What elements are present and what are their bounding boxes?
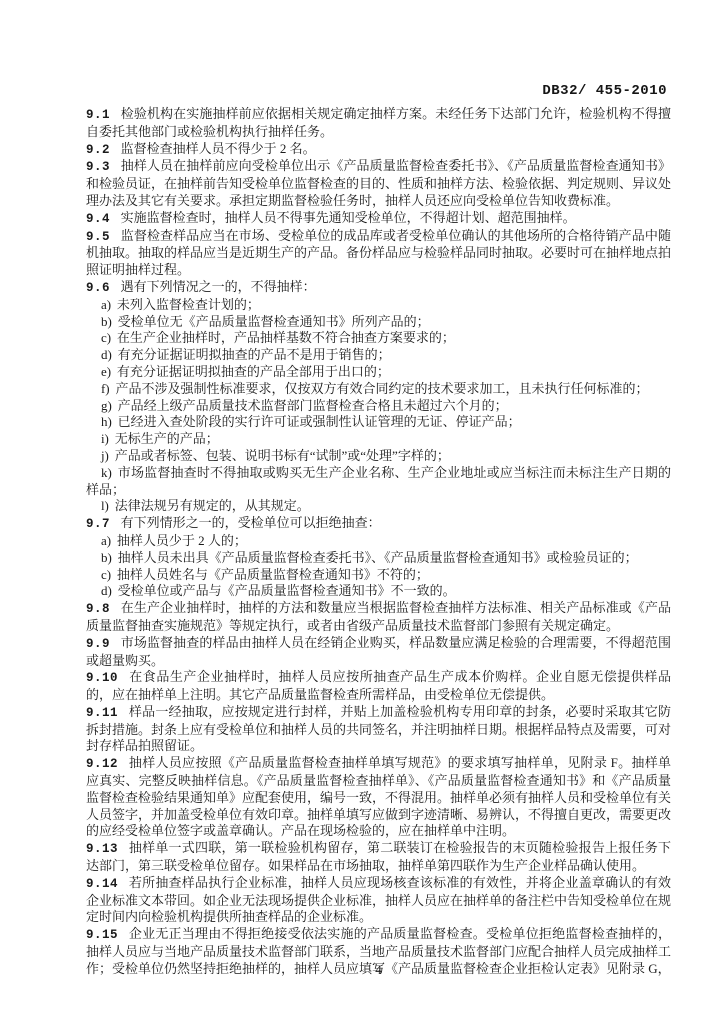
document-page: DB32/ 455-2010 9.1检验机构在实施抽样前应依据相关规定确定抽样方… [0,0,724,1024]
list-item: d)有充分证据证明拟抽查的产品不是用于销售的； [86,347,671,364]
clause-number: 9.9 [86,637,110,651]
list-item: a)未列入监督检查计划的； [86,297,671,314]
document-header: DB32/ 455-2010 [86,83,667,99]
list-item: e)有充分证据证明拟抽查的产品全部用于出口的； [86,364,671,381]
item-marker: c) [101,330,111,345]
item-marker: j) [101,448,109,463]
clause-text: 监督检查样品应当在市场、受检单位的成品库或者受检单位确认的其他场所的合格待销产品… [86,228,671,278]
clause-number: 9.6 [86,281,110,295]
item-marker: b) [101,314,112,329]
clause-text: 在生产企业抽样时，抽样的方法和数量应当根据监督检查抽样方法标准、相关产品标准或《… [86,600,671,633]
clause-number: 9.11 [86,706,118,720]
item-text: 无标生产的产品； [115,431,219,446]
item-marker: l) [101,498,109,513]
item-text: 未列入监督检查计划的； [117,297,260,312]
item-text: 法律法规另有规定的，从其规定。 [115,498,310,513]
page-footer: 4 [86,962,671,978]
clause-number: 9.10 [86,671,118,685]
clause-paragraph: 9.14若所抽查样品执行企业标准，抽样人员应现场核查该标准的有效性，并将企业盖章… [86,875,671,926]
clause-number: 9.4 [86,212,110,226]
item-text: 产品不涉及强制性标准要求，仅按双方有效合同约定的技术要求加工，且未执行任何标准的… [115,381,648,396]
item-text: 有充分证据证明拟抽查的产品全部用于出口的； [117,364,390,379]
clause-paragraph: 9.5监督检查样品应当在市场、受检单位的成品库或者受检单位确认的其他场所的合格待… [86,228,671,279]
item-text: 抽样人员未出具《产品质量监督检查委托书》、《产品质量监督检查通知书》或检验员证的… [118,550,638,565]
clause-paragraph: 9.8在生产企业抽样时，抽样的方法和数量应当根据监督检查抽样方法标准、相关产品标… [86,600,671,635]
item-marker: k) [101,465,112,480]
clause-number: 9.1 [86,108,110,122]
clause-number: 9.14 [86,877,118,891]
clause-text: 有下列情形之一的，受检单位可以拒绝抽查： [121,515,381,530]
item-text: 在生产企业抽样时，产品抽样基数不符合抽查方案要求的； [117,330,455,345]
item-text: 抽样人员姓名与《产品质量监督检查通知书》不符的； [117,567,429,582]
item-marker: d) [101,583,112,598]
clause-text: 检验机构在实施抽样前应依据相关规定确定抽样方案。未经任务下达部门允许，检验机构不… [86,106,671,139]
clause-number: 9.15 [86,928,118,942]
item-marker: h) [101,414,112,429]
list-item: f)产品不涉及强制性标准要求，仅按双方有效合同约定的技术要求加工，且未执行任何标… [86,381,671,398]
clause-text: 若所抽查样品执行企业标准，抽样人员应现场核查该标准的有效性，并将企业盖章确认的有… [86,875,671,925]
clause-paragraph: 9.1检验机构在实施抽样前应依据相关规定确定抽样方案。未经任务下达部门允许，检验… [86,106,671,141]
clause-text: 在食品生产企业抽样时，抽样人员应按所抽查产品生产成本价购样。企业自愿无偿提供样品… [86,669,671,702]
document-body: 9.1检验机构在实施抽样前应依据相关规定确定抽样方案。未经任务下达部门允许，检验… [86,106,671,978]
doc-number: DB32/ 455-2010 [542,83,667,99]
item-marker: f) [101,381,110,396]
item-text: 已经进入查处阶段的实行许可证或强制性认证管理的无证、停证产品； [118,414,521,429]
list-item: b)抽样人员未出具《产品质量监督检查委托书》、《产品质量监督检查通知书》或检验员… [86,550,671,567]
clause-text: 抽样单一式四联，第一联检验机构留存，第二联装订在检验报告的末页随检验报告上报任务… [86,840,671,873]
item-marker: i) [101,431,109,446]
list-item: g)产品经上级产品质量技术监督部门监督检查合格且未超过六个月的； [86,398,671,415]
clause-paragraph: 9.9市场监督抽查的样品由抽样人员在经销企业购买，样品数量应满足检验的合理需要，… [86,635,671,670]
list-item: c)抽样人员姓名与《产品质量监督检查通知书》不符的； [86,567,671,584]
item-marker: e) [101,364,111,379]
item-marker: a) [101,533,111,548]
clause-text: 监督检查抽样人员不得少于 2 名。 [121,141,316,156]
item-marker: a) [101,297,111,312]
list-item: l)法律法规另有规定的，从其规定。 [86,498,671,515]
clause-number: 9.2 [86,143,110,157]
item-text: 市场监督抽查时不得抽取或购买无生产企业名称、生产企业地址或应当标注而未标注生产日… [86,465,671,497]
clause-text: 市场监督抽查的样品由抽样人员在经销企业购买，样品数量应满足检验的合理需要，不得超… [86,635,671,668]
item-marker: b) [101,550,112,565]
clause-text: 遇有下列情况之一的，不得抽样： [121,279,316,294]
clause-paragraph: 9.7有下列情形之一的，受检单位可以拒绝抽查： [86,515,671,533]
list-item: a)抽样人员少于 2 人的； [86,533,671,550]
clause-number: 9.5 [86,230,110,244]
clause-number: 9.8 [86,602,110,616]
clause-paragraph: 9.2监督检查抽样人员不得少于 2 名。 [86,141,671,159]
clause-paragraph: 9.11样品一经抽取，应按规定进行封样，并贴上加盖检验机构专用印章的封条，必要时… [86,704,671,755]
clause-paragraph: 9.3抽样人员在抽样前应向受检单位出示《产品质量监督检查委托书》、《产品质量监督… [86,158,671,209]
item-text: 有充分证据证明拟抽查的产品不是用于销售的； [118,347,391,362]
item-marker: g) [101,398,112,413]
item-text: 受检单位或产品与《产品质量监督检查通知书》不一致的。 [118,583,456,598]
clause-paragraph: 9.6遇有下列情况之一的，不得抽样： [86,279,671,297]
item-text: 产品经上级产品质量技术监督部门监督检查合格且未超过六个月的； [118,398,508,413]
list-item: k)市场监督抽查时不得抽取或购买无生产企业名称、生产企业地址或应当标注而未标注生… [86,465,671,499]
item-text: 受检单位无《产品质量监督检查通知书》所列产品的； [118,314,430,329]
item-text: 抽样人员少于 2 人的； [117,533,247,548]
clause-paragraph: 9.10在食品生产企业抽样时，抽样人员应按所抽查产品生产成本价购样。企业自愿无偿… [86,669,671,704]
list-item: j)产品或者标签、包装、说明书标有“试制”或“处理”字样的； [86,448,671,465]
clause-paragraph: 9.4实施监督检查时，抽样人员不得事先通知受检单位，不得超计划、超范围抽样。 [86,210,671,228]
list-item: h)已经进入查处阶段的实行许可证或强制性认证管理的无证、停证产品； [86,414,671,431]
clause-number: 9.12 [86,757,118,771]
item-text: 产品或者标签、包装、说明书标有“试制”或“处理”字样的； [115,448,450,463]
clause-number: 9.7 [86,517,110,531]
list-item: d)受检单位或产品与《产品质量监督检查通知书》不一致的。 [86,583,671,600]
list-item: c)在生产企业抽样时，产品抽样基数不符合抽查方案要求的； [86,330,671,347]
item-marker: d) [101,347,112,362]
clause-text: 实施监督检查时，抽样人员不得事先通知受检单位，不得超计划、超范围抽样。 [121,210,576,225]
clause-text: 抽样人员应按照《产品质量监督检查抽样单填写规范》的要求填写抽样单，见附录 F。抽… [86,755,671,838]
list-item: i)无标生产的产品； [86,431,671,448]
clause-paragraph: 9.13抽样单一式四联，第一联检验机构留存，第二联装订在检验报告的末页随检验报告… [86,840,671,875]
clause-text: 抽样人员在抽样前应向受检单位出示《产品质量监督检查委托书》、《产品质量监督检查通… [86,158,671,208]
clause-number: 9.3 [86,160,110,174]
clause-text: 样品一经抽取，应按规定进行封样，并贴上加盖检验机构专用印章的封条，必要时采取其它… [86,704,671,754]
clause-paragraph: 9.12抽样人员应按照《产品质量监督检查抽样单填写规范》的要求填写抽样单，见附录… [86,755,671,840]
page-number: 4 [375,962,382,977]
clause-number: 9.13 [86,842,118,856]
list-item: b)受检单位无《产品质量监督检查通知书》所列产品的； [86,314,671,331]
item-marker: c) [101,567,111,582]
